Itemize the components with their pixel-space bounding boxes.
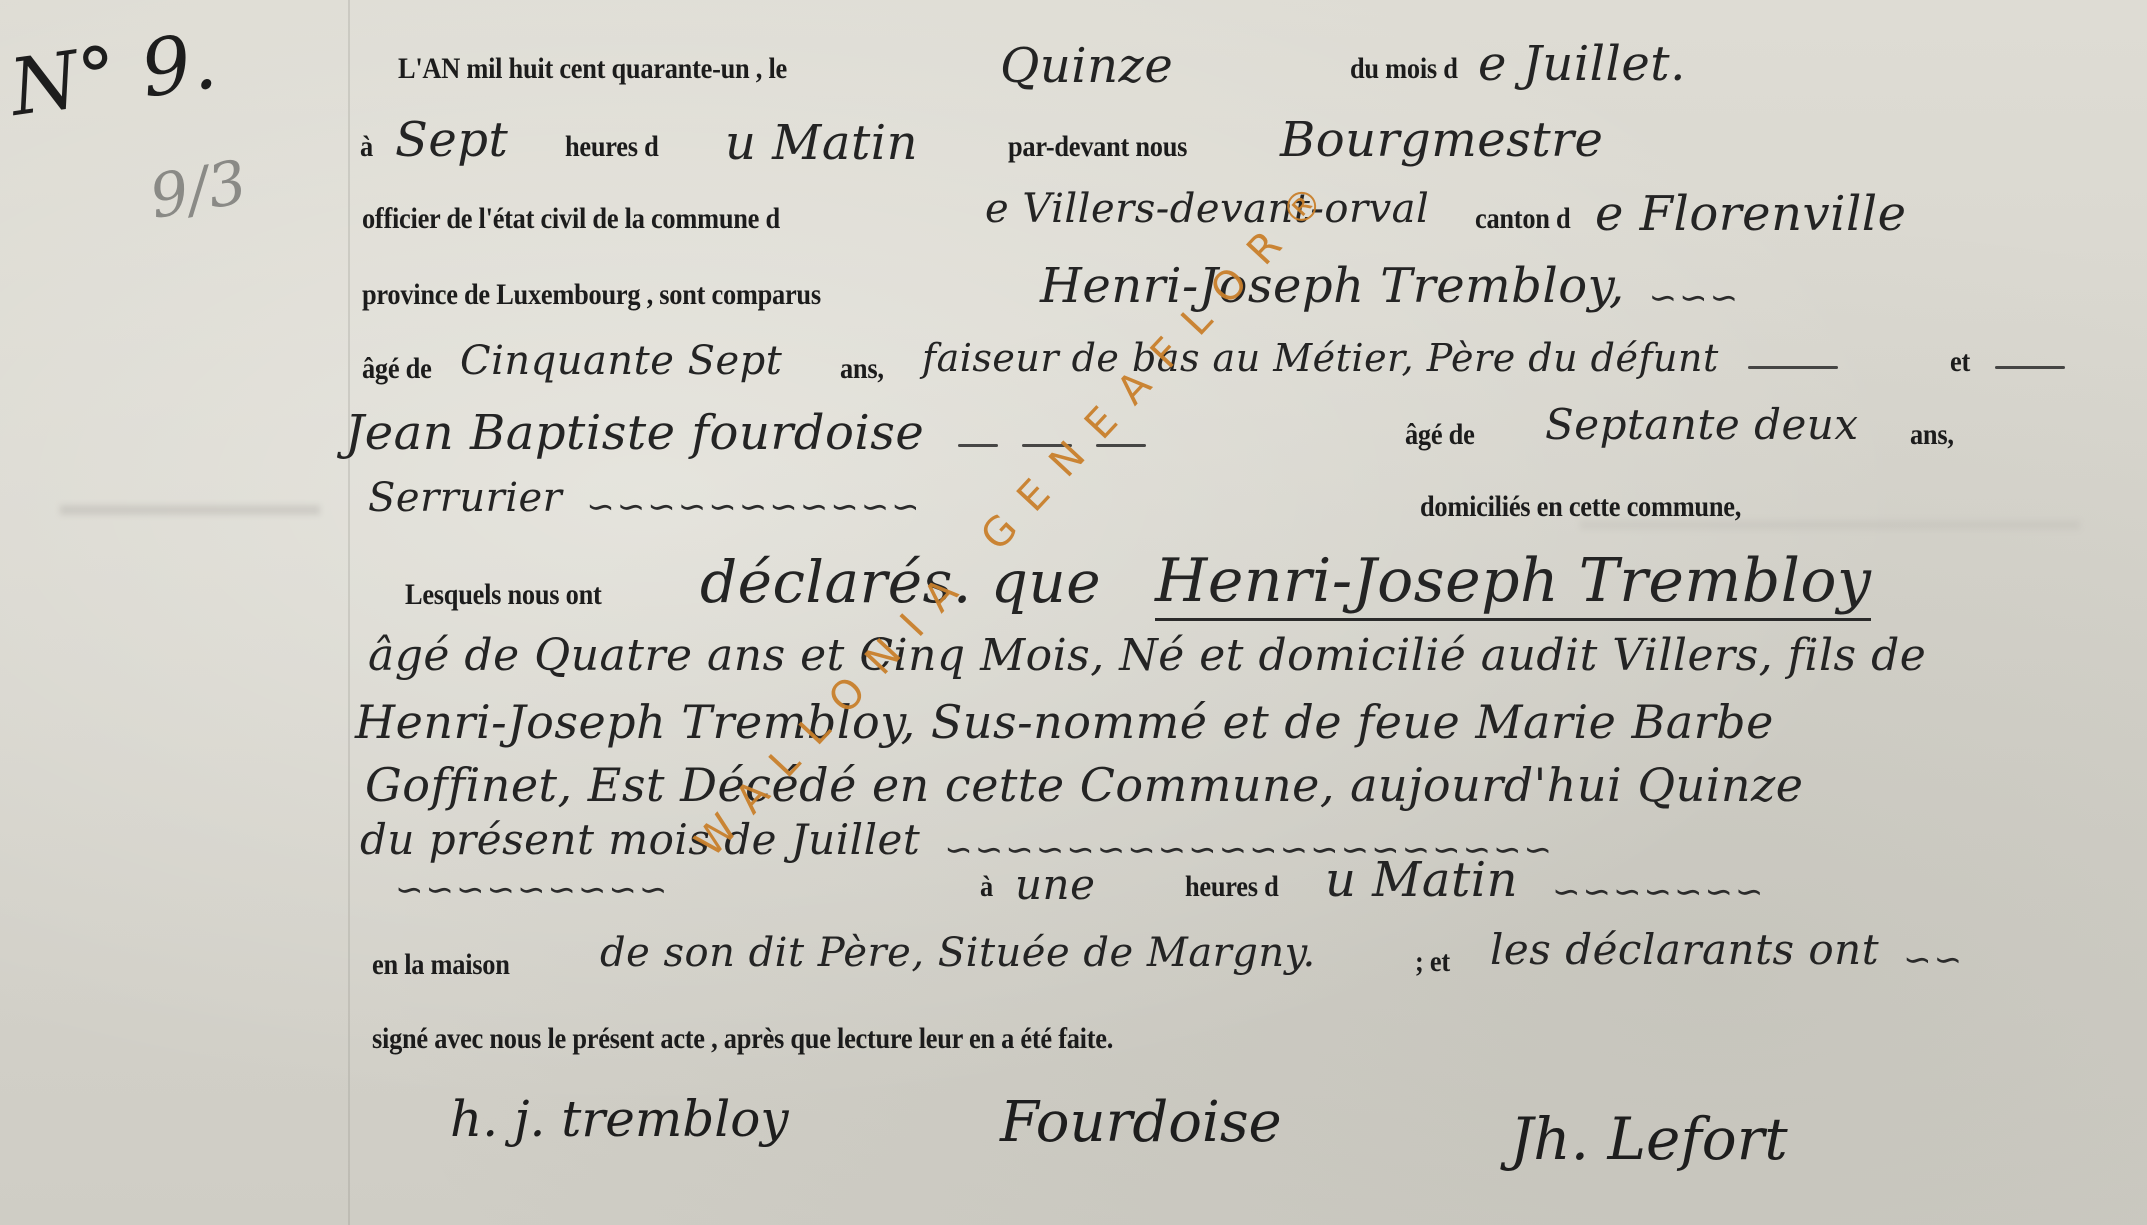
handwritten-declarant-1-occupation: faiseur de bas au Métier, Père du défunt — [922, 336, 1719, 380]
line-province: province de Luxembourg , sont comparus — [362, 278, 883, 312]
filler-dash — [958, 444, 998, 447]
death-hour-field: une — [1015, 860, 1095, 909]
narrative-line-3: Goffinet, Est Décédé en cette Commune, a… — [365, 758, 1804, 812]
handwritten-narrative: Henri-Joseph Trembloy, Sus-nommé et de f… — [355, 695, 1774, 749]
handwritten-house: de son dit Père, Située de Margny. — [600, 930, 1316, 976]
handwritten-declarant-1-age: Cinquante Sept — [460, 338, 782, 384]
declarant-2-name-field: Jean Baptiste fourdoise — [345, 405, 1146, 461]
canton-field: e Florenville — [1595, 186, 1907, 242]
declarants-signed-field: les déclarants ont ∽∽ — [1490, 925, 1964, 980]
domicile-label: domiciliés en cette commune, — [1420, 490, 1785, 524]
handwritten-official-title: Bourgmestre — [1280, 112, 1603, 168]
handwritten-declarant-2-age: Septante deux — [1545, 400, 1859, 449]
document-page: N° 9. 9/3 L'AN mil huit cent quarante-un… — [0, 0, 2147, 1225]
printed-text: Lesquels nous ont — [405, 578, 602, 612]
handwritten-canton: e Florenville — [1595, 186, 1907, 242]
line-declarant-1-age: âgé de — [362, 352, 441, 386]
printed-text: ans, — [1910, 418, 1954, 452]
printed-text: signé avec nous le présent acte , après … — [372, 1022, 1113, 1056]
printed-text: canton d — [1475, 202, 1570, 236]
printed-text: à — [360, 130, 373, 164]
printed-text: et — [1950, 345, 1970, 379]
printed-text: L'AN mil huit cent quarante-un , le — [398, 52, 787, 86]
filler-dash — [1748, 366, 1838, 369]
handwritten-narrative: âgé de Quatre ans et Cinq Mois, Né et do… — [368, 630, 1926, 681]
filler-wave: ∽∽∽∽∽∽∽∽∽∽∽ — [586, 487, 921, 527]
declared-label: Lesquels nous ont — [405, 578, 628, 612]
and-label: et — [1950, 345, 2065, 379]
filler-wave: ∽∽∽∽∽∽∽∽∽ — [395, 870, 669, 910]
printed-text: par-devant nous — [1008, 130, 1187, 164]
death-time-of-day-field: u Matin ∽∽∽∽∽∽∽ — [1325, 852, 1765, 912]
line-hour: à — [360, 130, 375, 164]
death-hours-label: heures d — [1185, 870, 1291, 904]
printed-text: âgé de — [362, 352, 432, 386]
printed-text: en la maison — [372, 948, 510, 982]
handwritten-death-time-of-day: u Matin — [1325, 852, 1518, 908]
day-field: Quinze — [1000, 38, 1173, 94]
filler-dash — [1995, 366, 2065, 369]
printed-text: du mois d — [1350, 52, 1458, 86]
handwritten-hour: Sept — [395, 112, 508, 168]
margin-pencil-note: 9/3 — [145, 147, 252, 233]
handwritten-declarants-signed: les déclarants ont — [1490, 925, 1879, 974]
handwritten-declarant-2-occupation: Serrurier — [368, 475, 562, 521]
before-us-label: par-devant nous — [1008, 130, 1212, 164]
handwritten-death-hour: une — [1015, 860, 1095, 909]
handwritten-declarant-2-name: Jean Baptiste fourdoise — [345, 405, 924, 461]
death-hour-label: à — [980, 870, 995, 904]
time-of-day-field: u Matin — [725, 115, 918, 171]
month-label: du mois d — [1350, 52, 1472, 86]
handwritten-time-of-day: u Matin — [725, 115, 918, 171]
handwritten-narrative: Goffinet, Est Décédé en cette Commune, a… — [365, 758, 1804, 812]
printed-text: à — [980, 870, 993, 904]
house-field: de son dit Père, Située de Margny. — [600, 930, 1316, 976]
signing-clause: signé avec nous le présent acte , après … — [372, 1022, 1214, 1056]
printed-text: ans, — [840, 352, 884, 386]
narrative-line-2: Henri-Joseph Trembloy, Sus-nommé et de f… — [355, 695, 1774, 749]
handwritten-declarant-1-name: Henri-Joseph Trembloy, — [1040, 258, 1625, 314]
handwritten-commune: e Villers-devant-orval — [985, 186, 1429, 232]
handwritten-day: Quinze — [1000, 38, 1173, 94]
month-field: e Juillet. — [1478, 36, 1686, 92]
narrative-line-1: âgé de Quatre ans et Cinq Mois, Né et do… — [368, 630, 1926, 681]
declarant-2-age-field: Septante deux — [1545, 400, 1859, 449]
and-label-2: ; et — [1415, 945, 1455, 979]
canton-label: canton d — [1475, 202, 1583, 236]
filler-wave: ∽∽∽∽∽∽∽ — [1552, 872, 1765, 912]
hour-field: Sept — [395, 112, 508, 168]
signature-officer: Jh. Lefort — [1510, 1105, 1788, 1173]
house-label: en la maison — [372, 948, 528, 982]
line-year-date: L'AN mil huit cent quarante-un , le — [398, 52, 840, 86]
deceased-name-field: Henri-Joseph Trembloy — [1155, 546, 1871, 621]
printed-text: heures d — [1185, 870, 1278, 904]
line-commune: officier de l'état civil de la commune d — [362, 202, 837, 236]
handwritten-deceased-name: Henri-Joseph Trembloy — [1155, 546, 1871, 621]
declarant-2-age-label: âgé de — [1405, 418, 1484, 452]
signature-declarant-1: h. j. trembloy — [450, 1090, 789, 1148]
printed-text: domiciliés en cette commune, — [1420, 490, 1741, 524]
filler-wave: ∽∽ — [1903, 940, 1964, 980]
entry-number: N° 9. — [5, 16, 222, 134]
hours-label: heures d — [565, 130, 671, 164]
printed-text: heures d — [565, 130, 658, 164]
printed-text: officier de l'état civil de la commune d — [362, 202, 780, 236]
bleed-through-mark — [60, 505, 320, 515]
signature-declarant-2: Fourdoise — [1000, 1090, 1282, 1155]
printed-text: province de Luxembourg , sont comparus — [362, 278, 821, 312]
declarant-1-occupation-field: faiseur de bas au Métier, Père du défunt — [922, 336, 1838, 380]
declarant-1-name-field: Henri-Joseph Trembloy, ∽∽∽ — [1040, 258, 1740, 318]
handwritten-month: e Juillet. — [1478, 36, 1686, 92]
commune-field: e Villers-devant-orval — [985, 186, 1429, 232]
filler-line: ∽∽∽∽∽∽∽∽∽ — [395, 870, 669, 910]
declarant-1-age-field: Cinquante Sept — [460, 338, 782, 384]
margin-fold-line — [348, 0, 350, 1225]
years-label-2: ans, — [1910, 418, 1960, 452]
printed-text: ; et — [1415, 945, 1450, 979]
declarant-2-occupation-field: Serrurier ∽∽∽∽∽∽∽∽∽∽∽ — [368, 475, 922, 527]
filler-wave: ∽∽∽ — [1649, 278, 1740, 318]
official-title-field: Bourgmestre — [1280, 112, 1603, 168]
years-label: ans, — [840, 352, 890, 386]
handwritten-narrative: du présent mois de Juillet — [360, 815, 920, 864]
printed-text: âgé de — [1405, 418, 1475, 452]
